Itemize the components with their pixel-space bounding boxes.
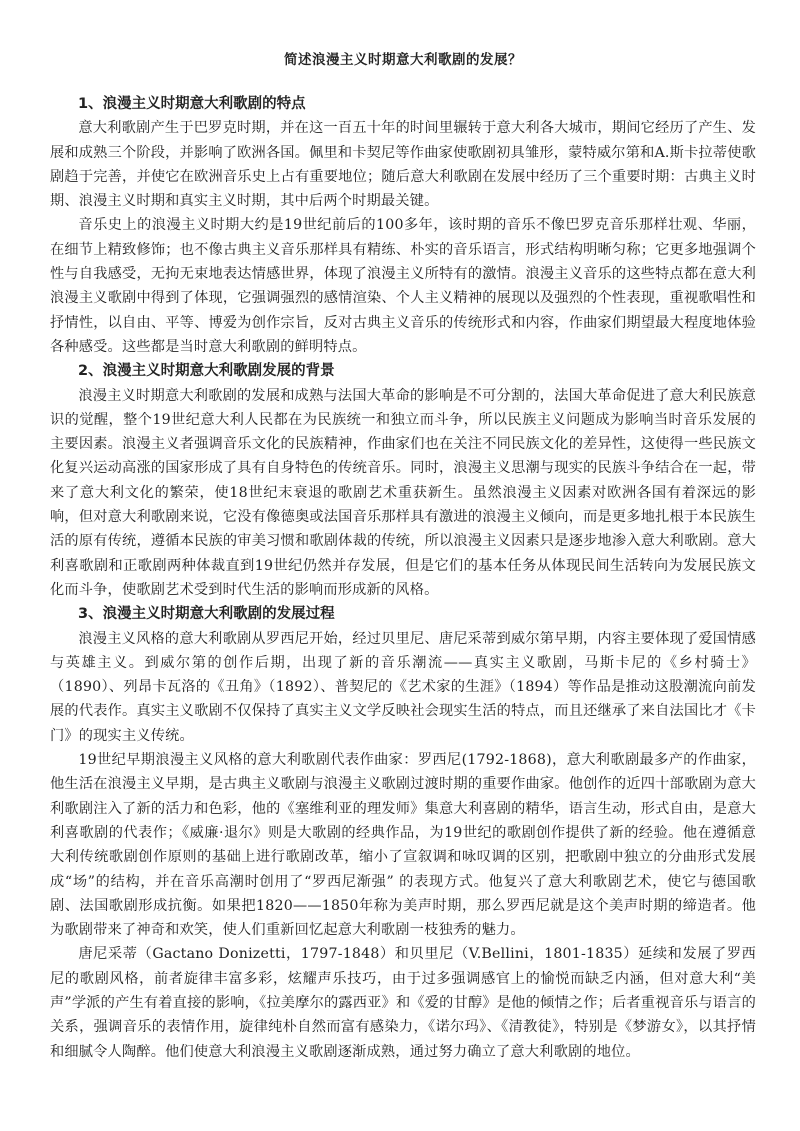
paragraph: 唐尼采蒂（Gactano Donizetti，1797-1848）和贝里尼（V.… bbox=[50, 942, 756, 1063]
section-characteristics: 1、浪漫主义时期意大利歌剧的特点 意大利歌剧产生于巴罗克时期，并在这一百五十年的… bbox=[50, 92, 756, 359]
section-development: 3、浪漫主义时期意大利歌剧的发展过程 浪漫主义风格的意大利歌剧从罗西尼开始，经过… bbox=[50, 602, 756, 1064]
document-page: 简述浪漫主义时期意大利歌剧的发展？ 1、浪漫主义时期意大利歌剧的特点 意大利歌剧… bbox=[50, 48, 756, 1064]
paragraph: 音乐史上的浪漫主义时期大约是19世纪前后的100多年，该时期的音乐不像巴罗克音乐… bbox=[50, 213, 756, 359]
section-background: 2、浪漫主义时期意大利歌剧发展的背景 浪漫主义时期意大利歌剧的发展和成熟与法国大… bbox=[50, 359, 756, 602]
paragraph: 意大利歌剧产生于巴罗克时期，并在这一百五十年的时间里辗转于意大利各大城市，期间它… bbox=[50, 116, 756, 213]
section-heading: 3、浪漫主义时期意大利歌剧的发展过程 bbox=[50, 602, 756, 626]
paragraph: 浪漫主义风格的意大利歌剧从罗西尼开始，经过贝里尼、唐尼采蒂到威尔第早期，内容主要… bbox=[50, 627, 756, 748]
section-heading: 2、浪漫主义时期意大利歌剧发展的背景 bbox=[50, 359, 756, 383]
paragraph: 19世纪早期浪漫主义风格的意大利歌剧代表作曲家：罗西尼(1792-1868)，意… bbox=[50, 748, 756, 942]
section-heading: 1、浪漫主义时期意大利歌剧的特点 bbox=[50, 92, 756, 116]
paragraph: 浪漫主义时期意大利歌剧的发展和成熟与法国大革命的影响是不可分割的，法国大革命促进… bbox=[50, 384, 756, 603]
document-title: 简述浪漫主义时期意大利歌剧的发展？ bbox=[50, 48, 756, 72]
